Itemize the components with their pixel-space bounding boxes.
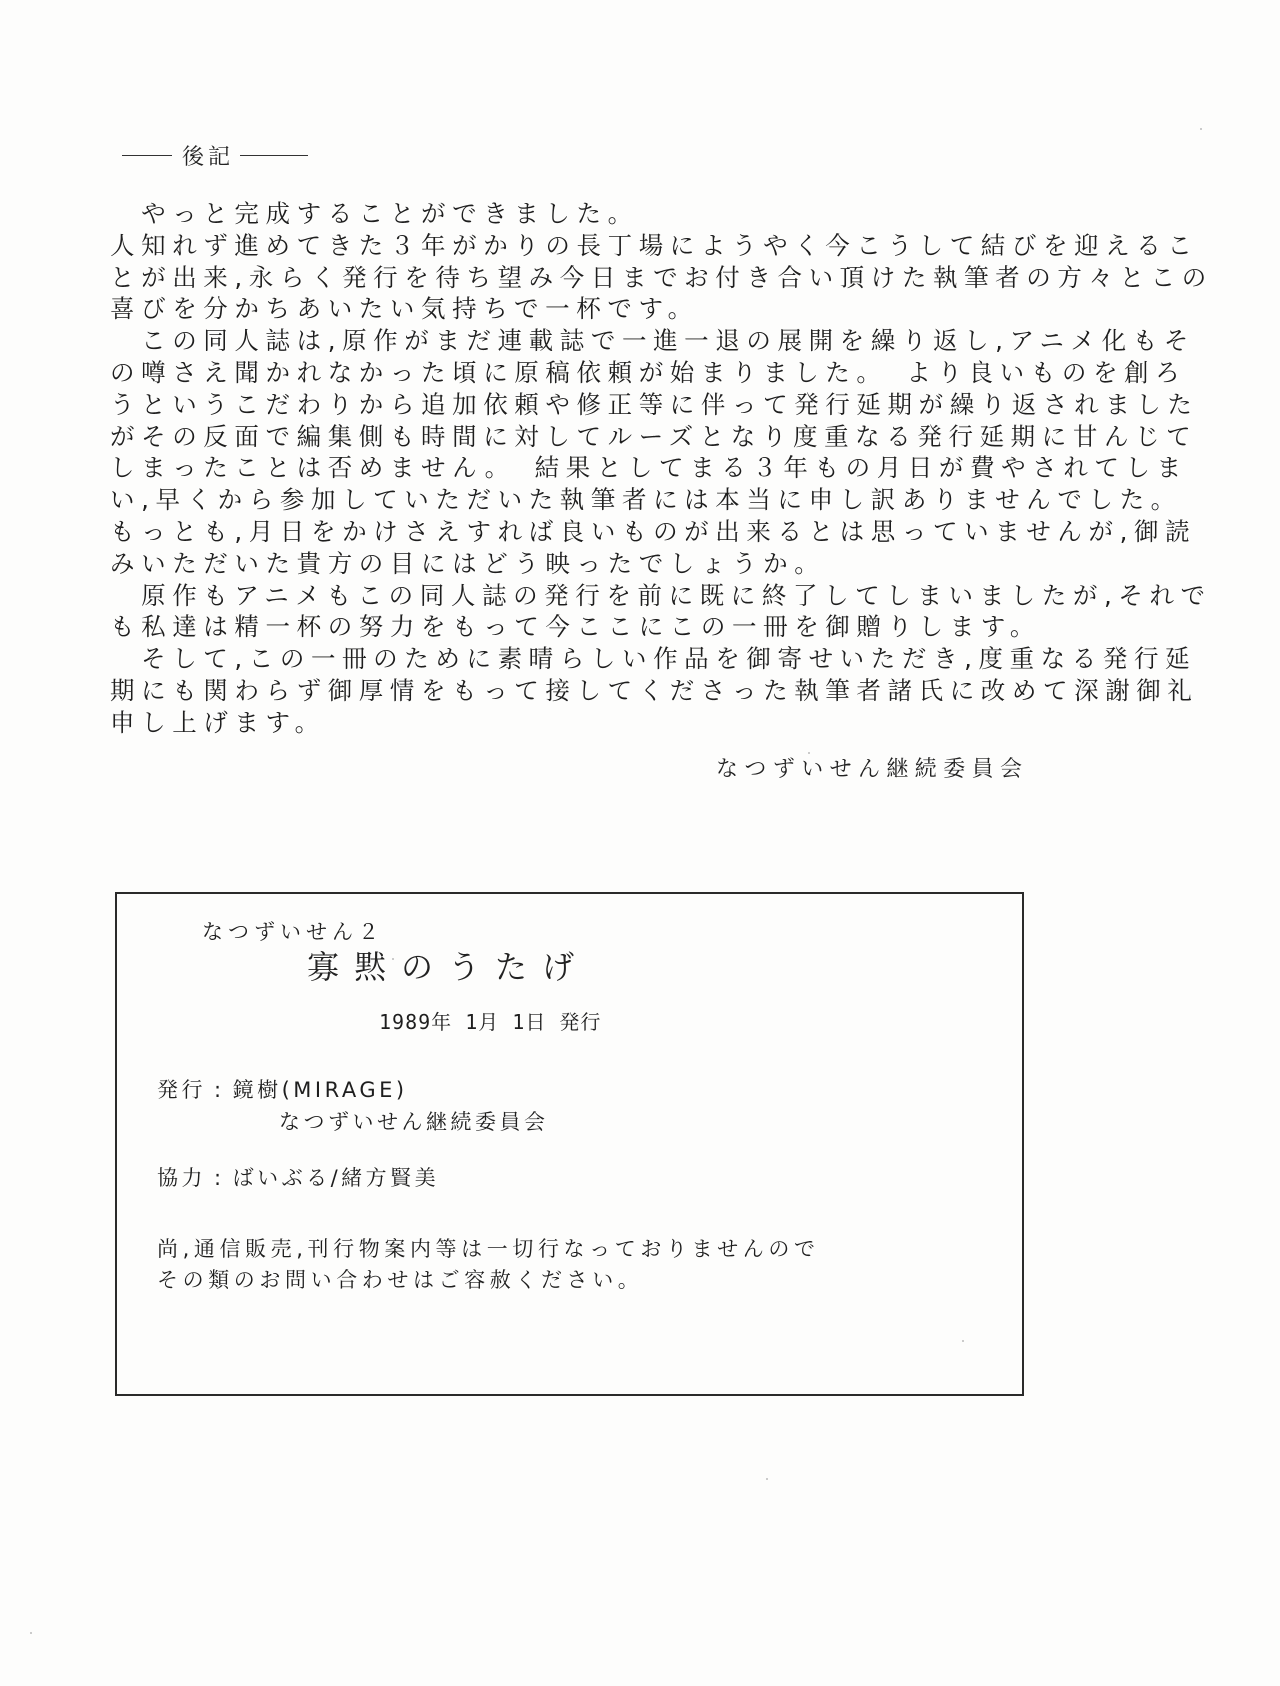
notice-line: 尚,通信販売,刊行物案内等は一切行なっておりませんので [157, 1234, 820, 1265]
afterword-line: 人知れず進めてきた３年がかりの長丁場にようやく今こうして結びを迎えるこ [110, 230, 1180, 262]
colophon-publisher-row: 発行:鏡樹(MIRAGE) [157, 1074, 408, 1104]
cooperation-separator: : [214, 1166, 225, 1190]
afterword-line: も私達は精一杯の努力をもって今ここにこの一冊を御贈りします。 [110, 611, 1180, 643]
afterword-heading: 後記 [122, 140, 308, 171]
scan-speck [392, 958, 394, 960]
cooperation-name: ばいぶる/緒方賢美 [233, 1166, 440, 1190]
afterword-body: やっと完成することができました。 人知れず進めてきた３年がかりの長丁場にようやく… [110, 198, 1180, 739]
afterword-line: がその反面で編集側も時間に対してルーズとなり度重なる発行延期に甘んじて [110, 421, 1180, 453]
notice-line: その類のお問い合わせはご容赦ください。 [157, 1265, 820, 1296]
afterword-line: やっと完成することができました。 [110, 198, 1180, 230]
heading-rule-left [122, 155, 172, 157]
afterword-line: の噂さえ聞かれなかった頃に原稿依頼が始まりました。 より良いものを創ろ [110, 357, 1180, 389]
colophon-box: なつずいせん２ 寡黙のうたげ 1989年 1月 1日 発行 発行:鏡樹(MIRA… [115, 892, 1024, 1396]
scan-speck [30, 1632, 32, 1634]
colophon-notice: 尚,通信販売,刊行物案内等は一切行なっておりませんので その類のお問い合わせはご… [157, 1234, 820, 1296]
scan-speck [1200, 128, 1202, 130]
publisher-name: 鏡樹(MIRAGE) [233, 1078, 408, 1102]
afterword-line: 喜びを分かちあいたい気持ちで一杯です。 [110, 293, 1180, 325]
afterword-line: しまったことは否めません。 結果としてまる３年もの月日が費やされてしま [110, 452, 1180, 484]
afterword-line: い,早くから参加していただいた執筆者には本当に申し訳ありませんでした。 [110, 484, 1180, 516]
publisher-separator: : [214, 1078, 225, 1102]
colophon-publish-date: 1989年 1月 1日 発行 [379, 1006, 601, 1035]
scan-speck [962, 1340, 964, 1342]
heading-rule-right [240, 155, 308, 157]
afterword-line: とが出来,永らく発行を待ち望み今日までお付き合い頂けた執筆者の方々とこの [110, 262, 1180, 294]
afterword-line: もっとも,月日をかけさえすれば良いものが出来るとは思っていませんが,御読 [110, 516, 1180, 548]
afterword-line: みいただいた貴方の目にはどう映ったでしょうか。 [110, 548, 1180, 580]
cooperation-label: 協力 [157, 1162, 206, 1192]
afterword-line: うというこだわりから追加依頼や修正等に伴って発行延期が繰り返されました [110, 389, 1180, 421]
colophon-cooperation-row: 協力:ばいぶる/緒方賢美 [157, 1162, 439, 1192]
afterword-line: この同人誌は,原作がまだ連載誌で一進一退の展開を繰り返し,アニメ化もそ [110, 325, 1180, 357]
afterword-heading-text: 後記 [182, 140, 234, 171]
document-page: 後記 やっと完成することができました。 人知れず進めてきた３年がかりの長丁場によ… [0, 0, 1280, 1686]
afterword-line: 期にも関わらず御厚情をもって接してくださった執筆者諸氏に改めて深謝御礼 [110, 675, 1180, 707]
afterword-line: 原作もアニメもこの同人誌の発行を前に既に終了してしまいましたが,それで [110, 580, 1180, 612]
afterword-signature: なつずいせん継続委員会 [716, 752, 1028, 783]
afterword-line: そして,この一冊のために素晴らしい作品を御寄せいただき,度重なる発行延 [110, 643, 1180, 675]
scan-speck [808, 752, 810, 754]
colophon-title: 寡黙のうたげ [307, 942, 589, 988]
publisher-label: 発行 [157, 1074, 206, 1104]
colophon-publisher-row-2: なつずいせん継続委員会 [279, 1106, 549, 1136]
publisher-name-2: なつずいせん継続委員会 [279, 1110, 549, 1134]
afterword-line: 申し上げます。 [110, 707, 1180, 739]
scan-speck [766, 1478, 768, 1480]
